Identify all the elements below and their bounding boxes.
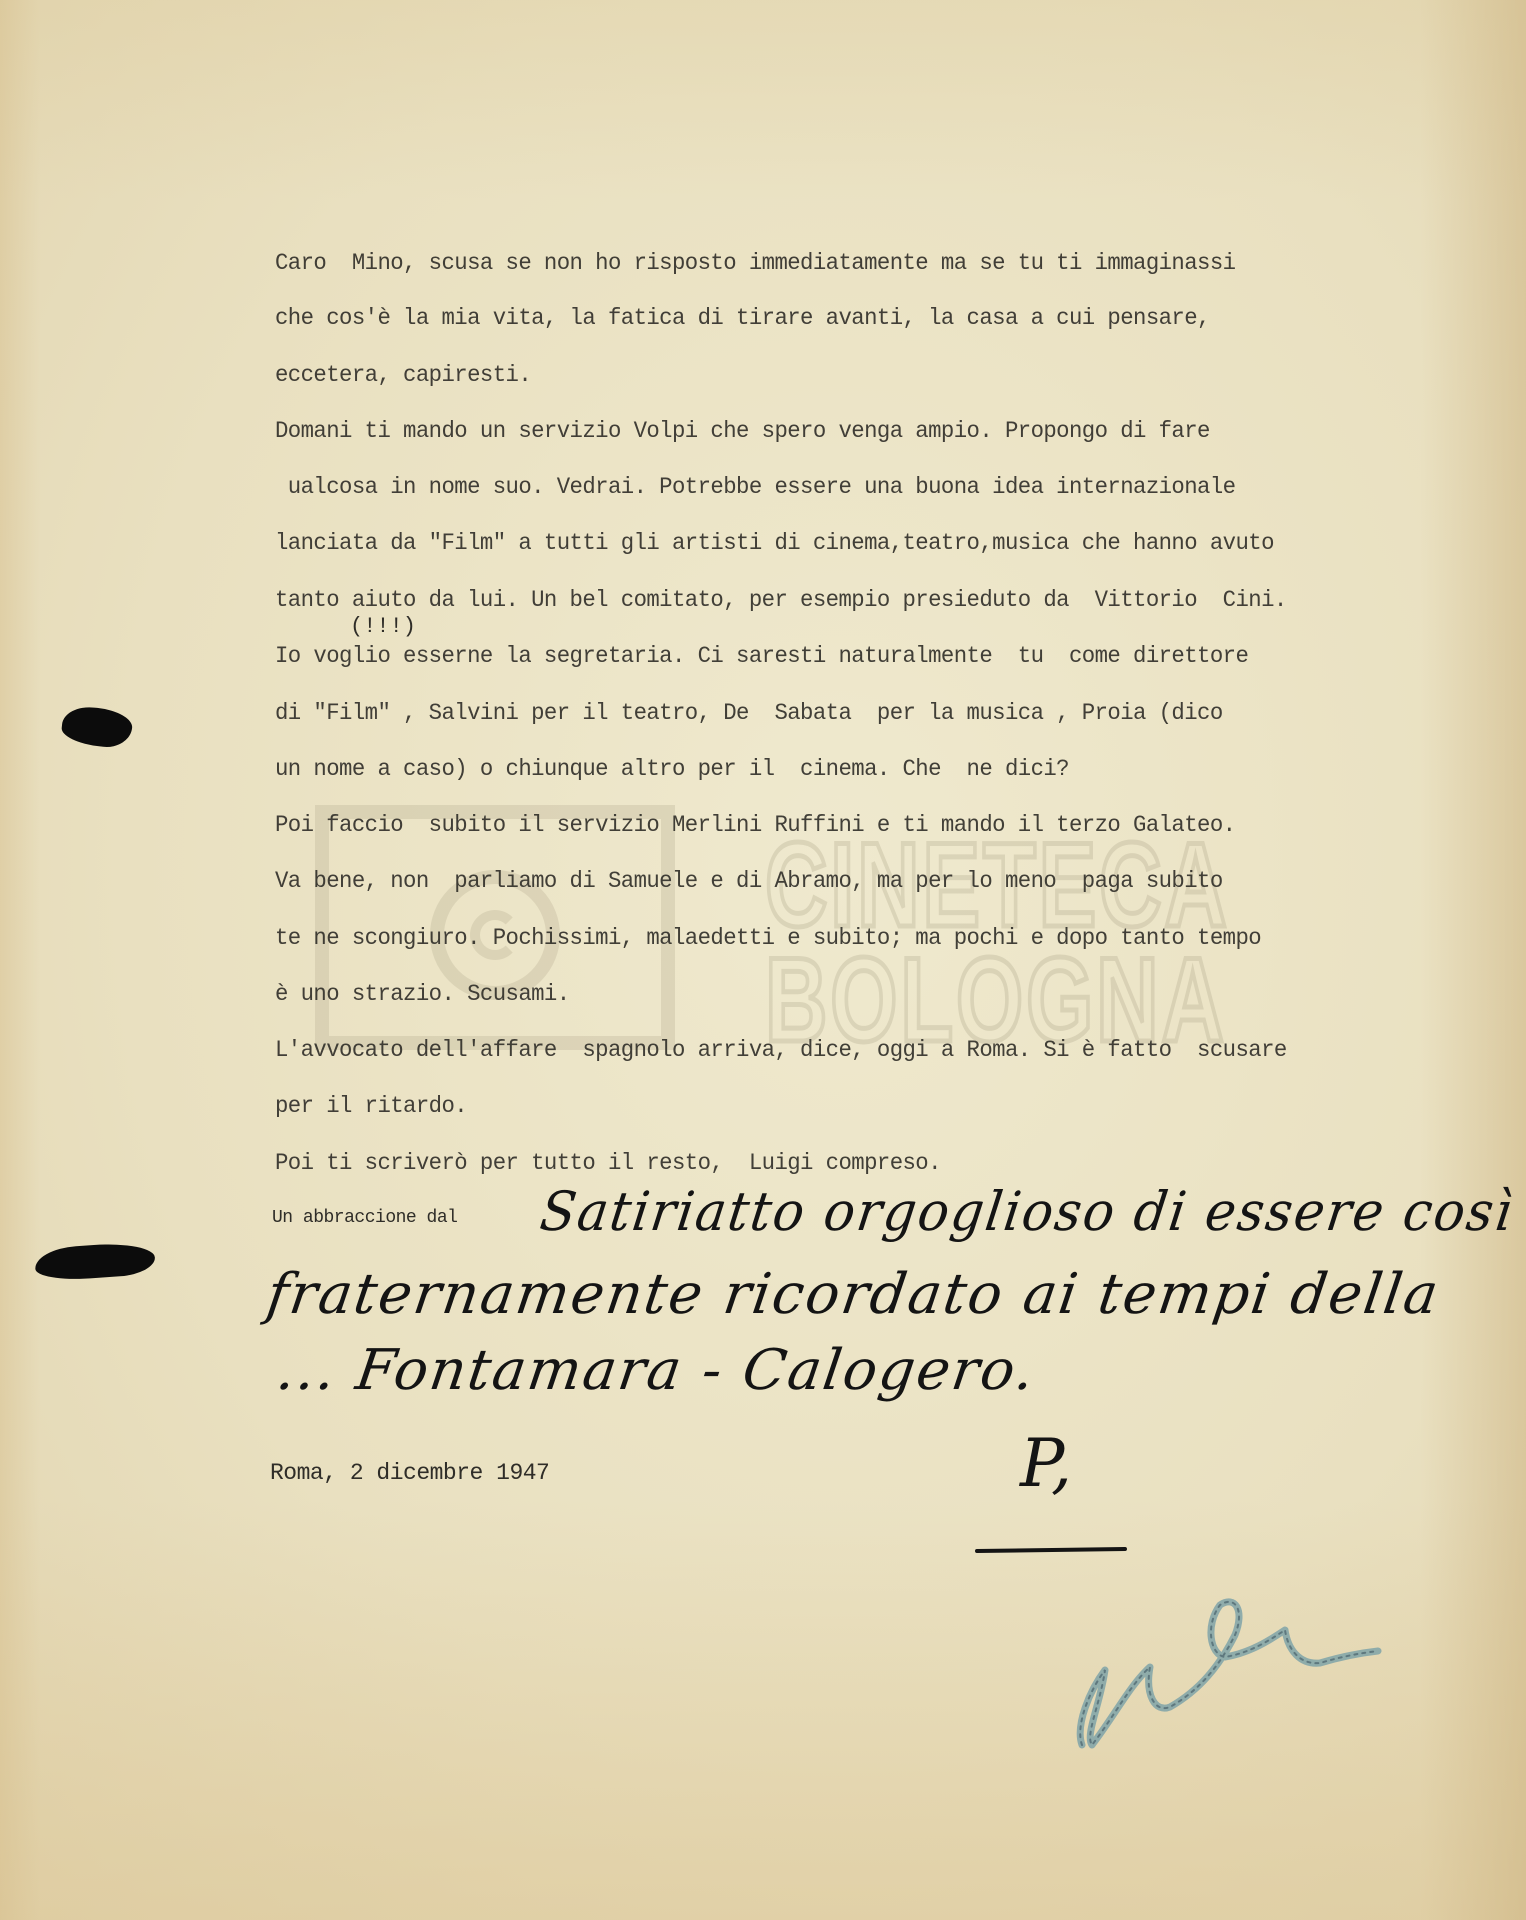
signature-underline [975, 1547, 1127, 1553]
letter-line: eccetera, capiresti. [275, 362, 531, 388]
letter-line: Poi ti scriverò per tutto il resto, Luig… [275, 1150, 941, 1176]
letter-line: tanto aiuto da lui. Un bel comitato, per… [275, 587, 1287, 613]
letter-line: per il ritardo. [275, 1093, 467, 1119]
letter-date: Roma, 2 dicembre 1947 [270, 1460, 549, 1486]
letter-line: di "Film" , Salvini per il teatro, De Sa… [275, 700, 1223, 726]
exclamation-annotation: (!!!) [350, 614, 416, 639]
letter-line: che cos'è la mia vita, la fatica di tira… [275, 305, 1210, 331]
letter-line: un nome a caso) o chiunque altro per il … [275, 756, 1069, 782]
signature-initial: P, [1020, 1425, 1072, 1502]
blue-pencil-scribble-icon [1060, 1595, 1400, 1755]
letter-line: è uno strazio. Scusami. [275, 981, 570, 1007]
letter-line: Domani ti mando un servizio Volpi che sp… [275, 418, 1210, 444]
letter-line: Poi faccio subito il servizio Merlini Ru… [275, 812, 1235, 838]
handwritten-postscript-line: Satiriatto orgoglioso di essere così [537, 1180, 1518, 1243]
letter-line: te ne scongiuro. Pochissimi, malaedetti … [275, 925, 1261, 951]
letter-line: lanciata da "Film" a tutti gli artisti d… [275, 530, 1274, 556]
handwritten-postscript-line: ... Fontamara - Calogero. [273, 1338, 1040, 1403]
letter-line: Caro Mino, scusa se non ho risposto imme… [275, 250, 1235, 276]
ink-blot [60, 704, 134, 749]
letter-line: Io voglio esserne la segretaria. Ci sare… [275, 643, 1248, 669]
letter-page: CINETECA BOLOGNA Caro Mino, scusa se non… [0, 0, 1526, 1920]
letter-line: L'avvocato dell'affare spagnolo arriva, … [275, 1037, 1287, 1063]
letter-line: ualcosa in nome suo. Vedrai. Potrebbe es… [275, 474, 1235, 500]
letter-line: Va bene, non parliamo di Samuele e di Ab… [275, 868, 1223, 894]
handwritten-postscript-line: fraternamente ricordato ai tempi della [263, 1262, 1444, 1327]
ink-blot [34, 1241, 156, 1282]
closing-typed: Un abbraccione dal [272, 1208, 457, 1228]
